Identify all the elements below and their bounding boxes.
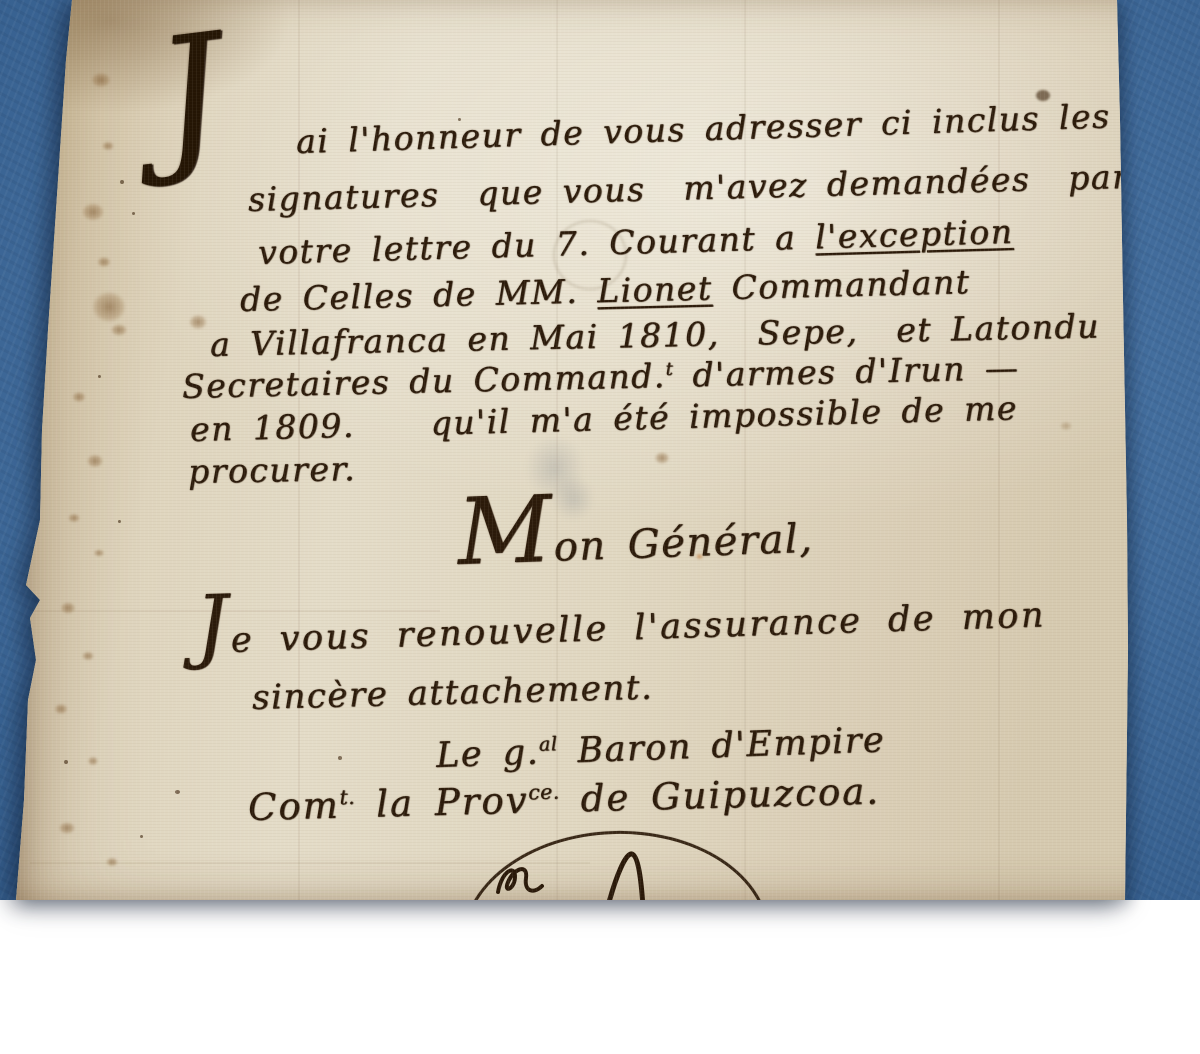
signature-flourish (492, 848, 672, 900)
foxing-spot (1058, 420, 1074, 432)
line-4-text-after: Commandant (712, 262, 971, 307)
ink-speck (132, 212, 135, 215)
foxing-spot (104, 856, 120, 868)
ink-show-through (545, 468, 601, 528)
letter-line-1: ai l'honneur de vous adresser ci inclus … (295, 96, 1111, 161)
foxing-spot (86, 286, 132, 328)
foxing-spot (100, 140, 116, 152)
signature-title-text-c: de Guipuzcoa. (559, 769, 880, 820)
foxing-spot (92, 548, 106, 558)
line-6-text-after: d'armes d'Irun — (673, 348, 1020, 395)
signature-title-text-b: la Prov (355, 779, 529, 827)
ink-speck (64, 760, 68, 764)
signature-rank-superscript: al (538, 732, 557, 756)
line-3-underlined-word: l'exception (815, 212, 1014, 257)
foxing-spot (95, 255, 113, 269)
signature-title-text-a: Com (247, 784, 340, 829)
foxing-spot (78, 200, 108, 224)
foxing-spot (58, 600, 78, 616)
foxing-spot (84, 452, 106, 470)
letter-paper: J ai l'honneur de vous adresser ci inclu… (0, 0, 1200, 900)
ink-speck (175, 790, 180, 794)
letter-line-8: procurer. (188, 449, 357, 491)
foxing-spot (88, 70, 114, 90)
foxing-spot (52, 702, 70, 716)
salutation: Mon Général, (457, 516, 814, 574)
line-4-text: de Celles de MM. (240, 271, 598, 319)
letter-photo: J ai l'honneur de vous adresser ci inclu… (0, 0, 1200, 900)
signature-rank-line: Le g.al Baron d'Empire (435, 720, 885, 776)
foxing-spot (108, 322, 130, 338)
ink-speck (140, 835, 143, 838)
line-3-text: votre lettre du 7. Courant a (257, 217, 815, 272)
foxing-spot (186, 312, 210, 332)
signature-title-superscript-2: ce. (528, 780, 560, 805)
signature-title-superscript-1: t. (339, 785, 355, 809)
closing-line-2: sincère attachement. (251, 668, 653, 718)
signature-rank-text-after: Baron d'Empire (557, 720, 886, 771)
foxing-spot (56, 820, 78, 836)
ink-speck (98, 375, 101, 378)
foxing-spot (70, 390, 88, 404)
foxing-spot (80, 650, 96, 662)
ink-speck (120, 180, 124, 184)
line-4-underlined-word: Lionet (597, 268, 713, 310)
foxing-spot (66, 512, 82, 524)
signature-title-line: Comt. la Provce. de Guipuzcoa. (247, 769, 880, 829)
ink-speck (338, 756, 342, 760)
ink-speck (118, 520, 121, 523)
closing-line-1: Je vous renouvelle l'assurance de mon (195, 595, 1046, 662)
opening-initial-flourish: J (149, 13, 231, 178)
foxing-spot (652, 450, 672, 466)
signature-rank-text: Le g. (435, 732, 539, 776)
foxing-spot (86, 755, 100, 767)
